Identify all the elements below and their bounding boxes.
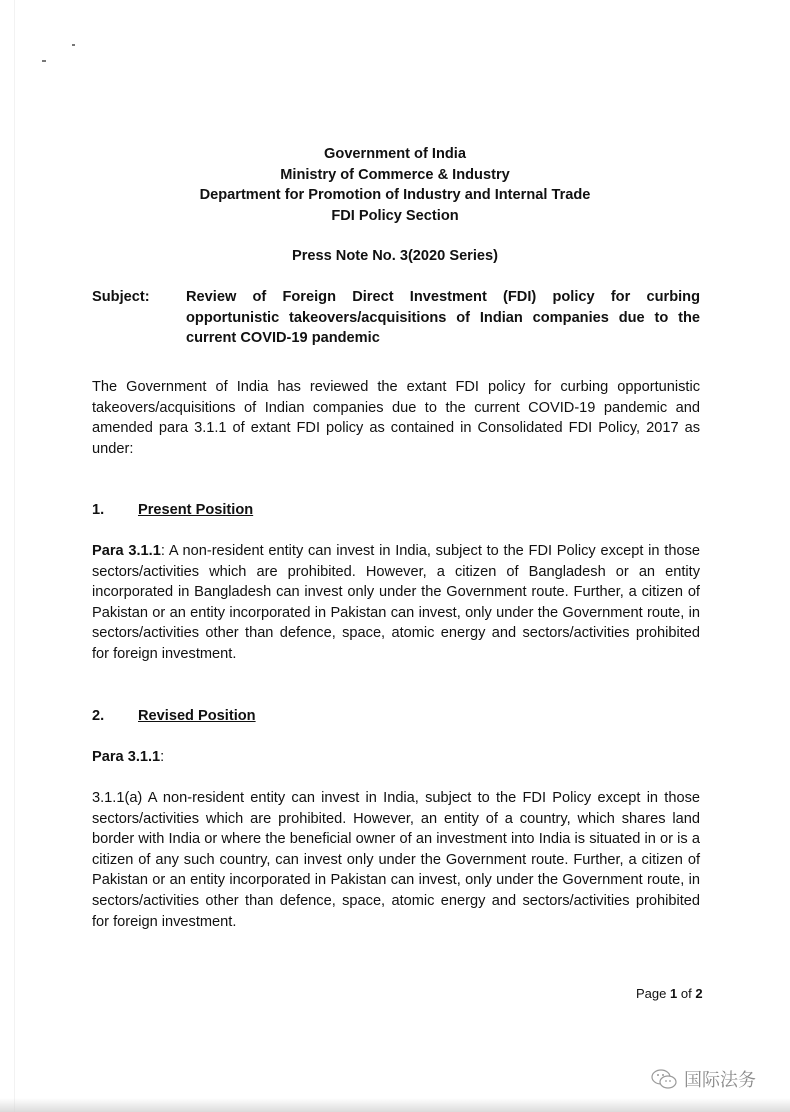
section-2-number: 2. — [92, 706, 104, 726]
revised-position-paragraph: 3.1.1(a) A non-resident entity can inves… — [92, 788, 700, 932]
wechat-icon — [650, 1067, 678, 1091]
scan-shadow — [0, 1098, 790, 1112]
section-2-title: Revised Position — [138, 706, 256, 726]
watermark-text: 国际法务 — [684, 1066, 756, 1092]
header-ministry: Ministry of Commerce & Industry — [0, 165, 790, 186]
section-1-number: 1. — [92, 500, 104, 520]
header-government: Government of India — [0, 144, 790, 165]
scan-speck — [72, 44, 75, 46]
intro-paragraph: The Government of India has reviewed the… — [92, 377, 700, 459]
scan-speck — [42, 60, 46, 62]
document-page: Government of India Ministry of Commerce… — [0, 0, 790, 1112]
section-1-title: Present Position — [138, 500, 253, 520]
press-note-title: Press Note No. 3(2020 Series) — [0, 246, 790, 267]
para-label: Para 3.1.1 — [92, 543, 161, 559]
subject-label: Subject: — [92, 287, 150, 308]
paragraph-body: : A non-resident entity can invest in In… — [92, 543, 700, 662]
subject-text: Review of Foreign Direct Investment (FDI… — [186, 287, 700, 349]
page-number: Page 1 of 2 — [636, 986, 703, 1001]
letterhead: Government of India Ministry of Commerce… — [0, 144, 790, 226]
watermark: 国际法务 — [650, 1066, 756, 1092]
header-department: Department for Promotion of Industry and… — [0, 185, 790, 206]
present-position-paragraph: Para 3.1.1: A non-resident entity can in… — [92, 541, 700, 665]
revised-para-label: Para 3.1.1: — [92, 747, 164, 767]
header-section: FDI Policy Section — [0, 206, 790, 227]
